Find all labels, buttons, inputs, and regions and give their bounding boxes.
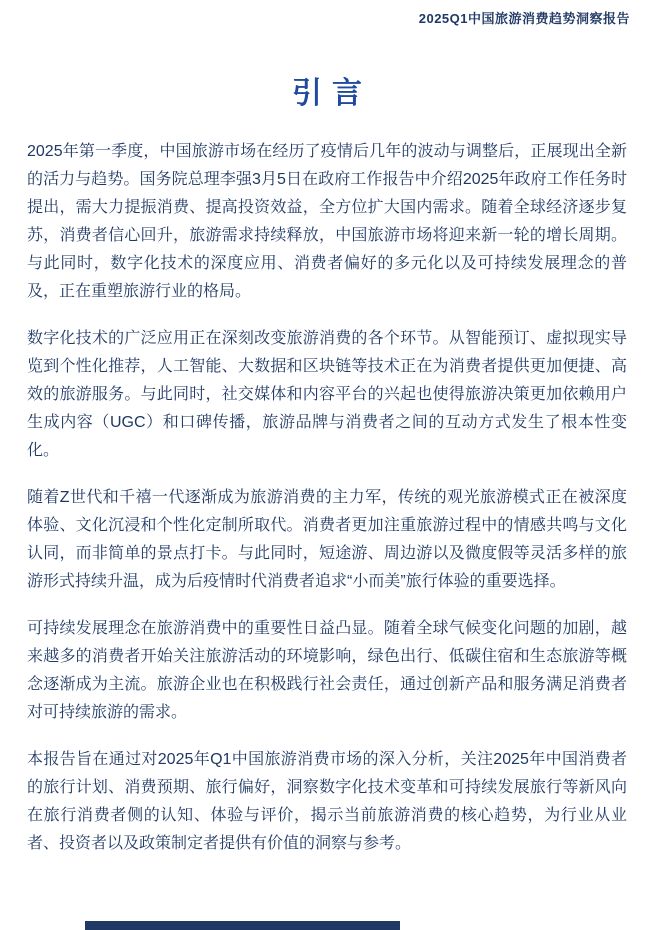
body-paragraph-2: 数字化技术的广泛应用正在深刻改变旅游消费的各个环节。从智能预订、虚拟现实导览到个… bbox=[27, 325, 627, 465]
body-paragraph-5: 本报告旨在通过对2025年Q1中国旅游消费市场的深入分析，关注2025年中国消费… bbox=[27, 746, 627, 858]
body-paragraph-3: 随着Z世代和千禧一代逐渐成为旅游消费的主力军，传统的观光旅游模式正在被深度体验、… bbox=[27, 484, 627, 596]
page-title: 引言 bbox=[0, 68, 654, 112]
body-text: 2025年第一季度，中国旅游市场在经历了疫情后几年的波动与调整后，正展现出全新的… bbox=[27, 138, 627, 877]
report-header-title: 2025Q1中国旅游消费趋势洞察报告 bbox=[0, 8, 630, 27]
body-paragraph-4: 可持续发展理念在旅游消费中的重要性日益凸显。随着全球气候变化问题的加剧，越来越多… bbox=[27, 615, 627, 727]
body-paragraph-1: 2025年第一季度，中国旅游市场在经历了疫情后几年的波动与调整后，正展现出全新的… bbox=[27, 138, 627, 306]
report-page: 2025Q1中国旅游消费趋势洞察报告 引言 2025年第一季度，中国旅游市场在经… bbox=[0, 0, 654, 930]
footer-decoration-bar bbox=[85, 921, 400, 930]
